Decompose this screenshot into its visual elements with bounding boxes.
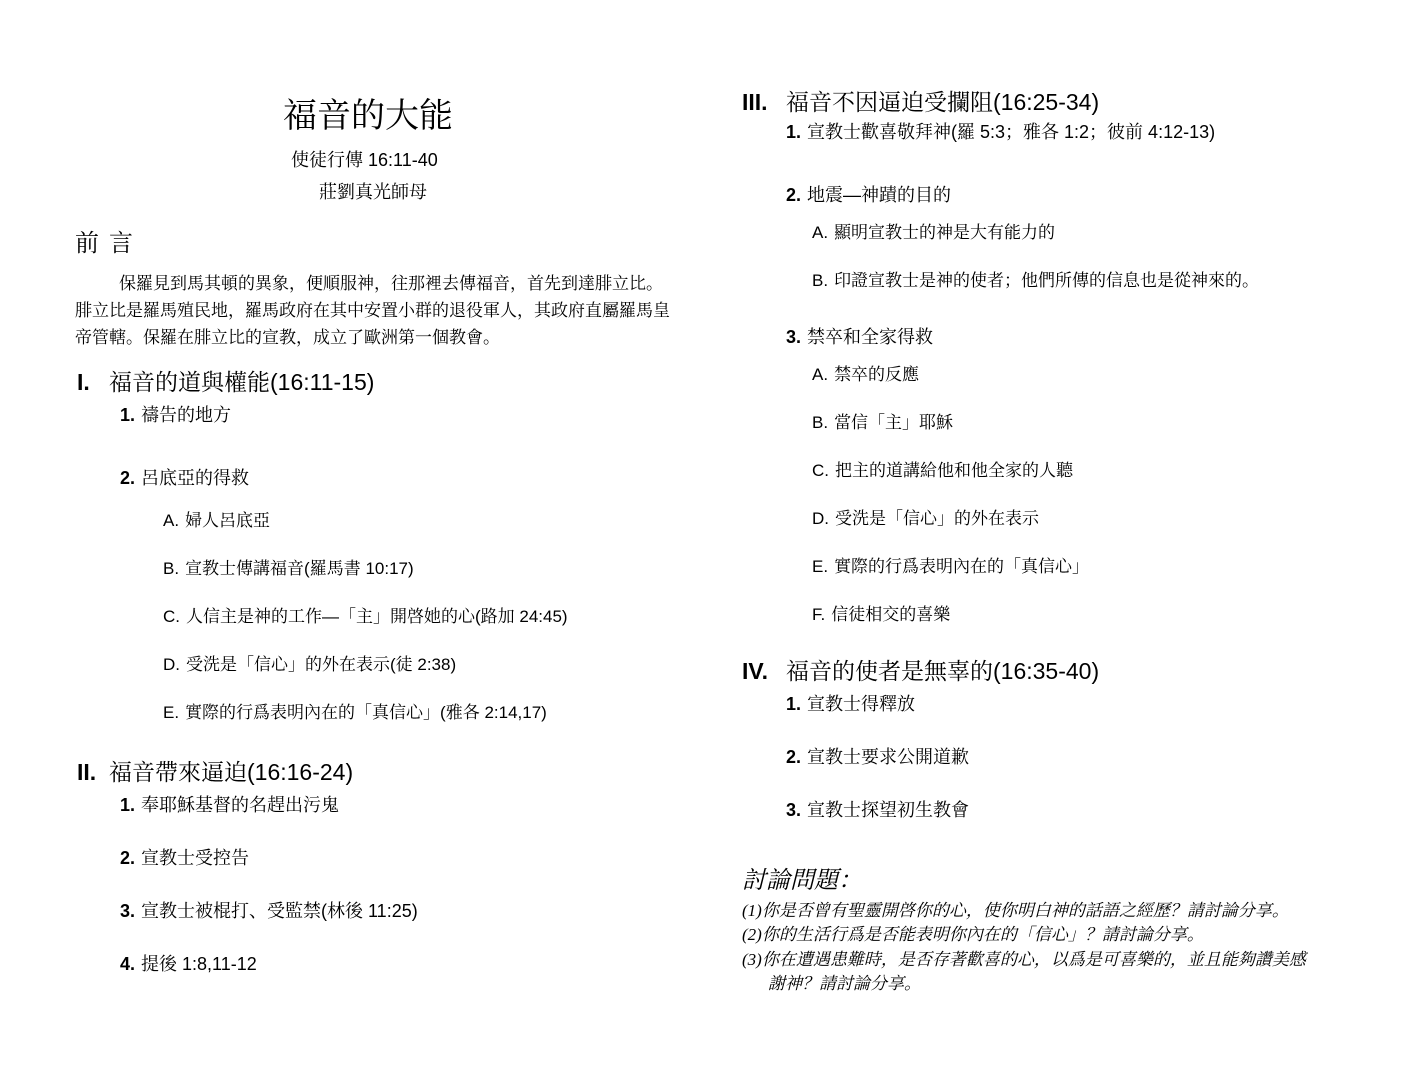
- point-4-1: 1.宣教士得釋放: [786, 690, 915, 716]
- point-1-2: 2.呂底亞的得救: [120, 464, 249, 490]
- point-3-3: 3.禁卒和全家得救: [786, 323, 933, 349]
- point-number: 2.: [120, 848, 135, 868]
- subpoint-letter: A.: [812, 365, 828, 384]
- section-title: 福音的道與權能(16:11-15): [109, 369, 374, 395]
- point-text: 宣教士受控告: [141, 848, 249, 868]
- point-text: 禱告的地方: [141, 405, 231, 425]
- subpoint-1-2-d: D.受洗是「信心」的外在表示(徒 2:38): [163, 650, 456, 675]
- discussion-heading: 討論問題：: [742, 860, 862, 895]
- section-numeral: IV.: [742, 658, 786, 685]
- point-number: 4.: [120, 954, 135, 974]
- point-4-2: 2.宣教士要求公開道歉: [786, 743, 969, 769]
- section-numeral: III.: [742, 89, 786, 116]
- section-title: 福音帶來逼迫(16:16-24): [109, 759, 353, 785]
- subpoint-3-3-c: C.把主的道講給他和他全家的人聽: [812, 456, 1073, 481]
- point-number: 1.: [120, 405, 135, 425]
- subpoint-letter: F.: [812, 605, 825, 624]
- point-text: 呂底亞的得救: [141, 468, 249, 488]
- section-2-heading: II.福音帶來逼迫(16:16-24): [77, 754, 353, 787]
- subpoint-letter: B.: [812, 413, 828, 432]
- point-text: 提後 1:8,11-12: [141, 954, 257, 974]
- point-text: 宣教士探望初生教會: [807, 800, 969, 820]
- point-number: 3.: [120, 901, 135, 921]
- section-1-heading: I.福音的道與權能(16:11-15): [77, 364, 374, 397]
- subpoint-text: 禁卒的反應: [834, 365, 919, 384]
- point-1-1: 1.禱告的地方: [120, 401, 231, 427]
- subpoint-letter: D.: [163, 655, 180, 674]
- subpoint-text: 婦人呂底亞: [185, 511, 270, 530]
- point-2-1: 1.奉耶穌基督的名趕出污鬼: [120, 791, 339, 817]
- section-numeral: I.: [77, 369, 109, 396]
- discussion-question-3-continued: 謝神？請討論分享。: [768, 969, 921, 994]
- point-text: 宣教士歡喜敬拜神(羅 5:3；雅各 1:2；彼前 4:12-13): [807, 122, 1215, 142]
- section-4-heading: IV.福音的使者是無辜的(16:35-40): [742, 653, 1099, 686]
- section-numeral: II.: [77, 759, 109, 786]
- subpoint-text: 受洗是「信心」的外在表示(徒 2:38): [186, 655, 456, 674]
- point-2-4: 4.提後 1:8,11-12: [120, 950, 257, 976]
- point-number: 1.: [786, 694, 801, 714]
- subpoint-text: 實際的行爲表明內在的「真信心」(雅各 2:14,17): [185, 703, 547, 722]
- subpoint-text: 把主的道講給他和他全家的人聽: [835, 461, 1073, 480]
- point-number: 1.: [120, 795, 135, 815]
- document-title: 福音的大能: [283, 88, 453, 137]
- point-number: 3.: [786, 800, 801, 820]
- subpoint-letter: B.: [812, 271, 828, 290]
- point-2-2: 2.宣教士受控告: [120, 844, 249, 870]
- subpoint-letter: C.: [163, 607, 180, 626]
- subpoint-letter: A.: [163, 511, 179, 530]
- subpoint-letter: E.: [163, 703, 179, 722]
- point-text: 宣教士要求公開道歉: [807, 747, 969, 767]
- subpoint-1-2-b: B.宣教士傳講福音(羅馬書 10:17): [163, 554, 414, 579]
- discussion-question-1: (1)你是否曾有聖靈開啓你的心，使你明白神的話語之經歷？請討論分享。: [742, 896, 1289, 921]
- intro-paragraph: 保羅見到馬其頓的異象，便順服神，往那裡去傳福音，首先到達腓立比。腓立比是羅馬殖民…: [75, 270, 675, 351]
- subpoint-3-3-e: E.實際的行爲表明內在的「真信心」: [812, 552, 1089, 577]
- subpoint-3-3-b: B.當信「主」耶穌: [812, 408, 953, 433]
- point-number: 1.: [786, 122, 801, 142]
- subpoint-letter: B.: [163, 559, 179, 578]
- section-title: 福音的使者是無辜的(16:35-40): [786, 658, 1099, 684]
- section-title: 福音不因逼迫受攔阻(16:25-34): [786, 89, 1099, 115]
- scripture-reference: 使徒行傳 16:11-40: [291, 146, 438, 172]
- point-4-3: 3.宣教士探望初生教會: [786, 796, 969, 822]
- point-2-3: 3.宣教士被棍打、受監禁(林後 11:25): [120, 897, 418, 923]
- intro-heading: 前言: [75, 223, 143, 258]
- subpoint-text: 受洗是「信心」的外在表示: [835, 509, 1039, 528]
- point-3-2: 2.地震—神蹟的目的: [786, 181, 951, 207]
- point-text: 禁卒和全家得救: [807, 327, 933, 347]
- point-number: 2.: [120, 468, 135, 488]
- subpoint-text: 印證宣教士是神的使者；他們所傳的信息也是從神來的。: [834, 271, 1259, 290]
- author-name: 莊劉真光師母: [319, 178, 427, 204]
- discussion-question-2: (2)你的生活行爲是否能表明你內在的「信心」？請討論分享。: [742, 920, 1204, 945]
- subpoint-3-2-a: A.顯明宣教士的神是大有能力的: [812, 218, 1055, 243]
- point-3-1: 1.宣教士歡喜敬拜神(羅 5:3；雅各 1:2；彼前 4:12-13): [786, 118, 1215, 144]
- subpoint-3-3-f: F.信徒相交的喜樂: [812, 600, 950, 625]
- point-text: 地震—神蹟的目的: [807, 185, 951, 205]
- subpoint-text: 實際的行爲表明內在的「真信心」: [834, 557, 1089, 576]
- subpoint-letter: D.: [812, 509, 829, 528]
- subpoint-letter: A.: [812, 223, 828, 242]
- subpoint-1-2-e: E.實際的行爲表明內在的「真信心」(雅各 2:14,17): [163, 698, 547, 723]
- point-text: 奉耶穌基督的名趕出污鬼: [141, 795, 339, 815]
- section-3-heading: III.福音不因逼迫受攔阻(16:25-34): [742, 84, 1099, 117]
- subpoint-letter: E.: [812, 557, 828, 576]
- point-number: 2.: [786, 185, 801, 205]
- point-number: 2.: [786, 747, 801, 767]
- subpoint-text: 宣教士傳講福音(羅馬書 10:17): [185, 559, 414, 578]
- subpoint-3-2-b: B.印證宣教士是神的使者；他們所傳的信息也是從神來的。: [812, 266, 1259, 291]
- subpoint-1-2-a: A.婦人呂底亞: [163, 506, 270, 531]
- point-number: 3.: [786, 327, 801, 347]
- discussion-question-3: (3)你在遭遇患難時，是否存著歡喜的心，以爲是可喜樂的，並且能夠讚美感: [742, 945, 1306, 970]
- intro-paragraph-text: 保羅見到馬其頓的異象，便順服神，往那裡去傳福音，首先到達腓立比。腓立比是羅馬殖民…: [75, 274, 670, 347]
- subpoint-text: 顯明宣教士的神是大有能力的: [834, 223, 1055, 242]
- subpoint-1-2-c: C.人信主是神的工作—「主」開啓她的心(路加 24:45): [163, 602, 568, 627]
- subpoint-text: 人信主是神的工作—「主」開啓她的心(路加 24:45): [186, 607, 568, 626]
- subpoint-text: 當信「主」耶穌: [834, 413, 953, 432]
- subpoint-3-3-a: A.禁卒的反應: [812, 360, 919, 385]
- subpoint-letter: C.: [812, 461, 829, 480]
- point-text: 宣教士被棍打、受監禁(林後 11:25): [141, 901, 418, 921]
- subpoint-3-3-d: D.受洗是「信心」的外在表示: [812, 504, 1039, 529]
- point-text: 宣教士得釋放: [807, 694, 915, 714]
- subpoint-text: 信徒相交的喜樂: [831, 605, 950, 624]
